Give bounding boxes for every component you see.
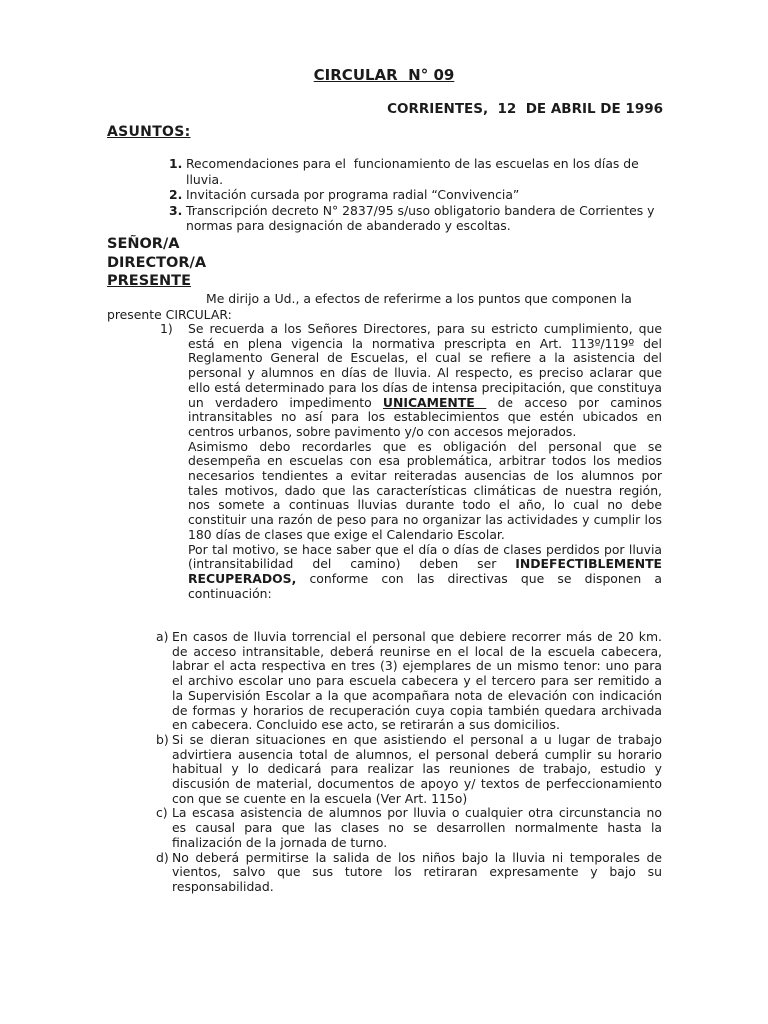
directive-label: d): [156, 851, 172, 895]
addressee-presente: PRESENTE: [107, 272, 206, 291]
subjects-list: 1.Recomendaciones para el funcionamiento…: [169, 156, 658, 234]
intro-paragraph: Me dirijo a Ud., a efectos de referirme …: [107, 291, 663, 322]
directive-text: No deberá permitirse la salida de los ni…: [172, 851, 662, 895]
document-page: CIRCULAR N° 09 CORRIENTES, 12 DE ABRIL D…: [0, 0, 768, 1024]
subject-item-1: 1.Recomendaciones para el funcionamiento…: [169, 156, 658, 187]
directive-item-a: a)En casos de lluvia torrencial el perso…: [156, 630, 662, 733]
subject-number: 2.: [169, 187, 186, 203]
subject-number: 3.: [169, 203, 186, 234]
directives-list: a)En casos de lluvia torrencial el perso…: [156, 630, 662, 895]
directive-label: c): [156, 806, 172, 850]
directive-text: Si se dieran situaciones en que asistien…: [172, 733, 662, 807]
subjects-heading: ASUNTOS:: [107, 124, 191, 140]
subject-item-3: 3.Transcripción decreto N° 2837/95 s/uso…: [169, 203, 658, 234]
point-1-body: Se recuerda a los Señores Directores, pa…: [188, 322, 662, 601]
document-title: CIRCULAR N° 09: [0, 66, 768, 84]
point-1-emphasis-unicamente: UNICAMENTE: [383, 395, 486, 410]
addressee-director: DIRECTOR/A: [107, 254, 206, 273]
subject-text: Invitación cursada por programa radial “…: [186, 187, 658, 203]
directive-text: La escasa asistencia de alumnos por lluv…: [172, 806, 662, 850]
directive-item-d: d)No deberá permitirse la salida de los …: [156, 851, 662, 895]
directive-label: a): [156, 630, 172, 733]
addressee-senor: SEÑOR/A: [107, 235, 206, 254]
directive-text: En casos de lluvia torrencial el persona…: [172, 630, 662, 733]
directive-item-c: c)La escasa asistencia de alumnos por ll…: [156, 806, 662, 850]
addressee-block: SEÑOR/A DIRECTOR/A PRESENTE: [107, 235, 206, 291]
point-1: 1)Se recuerda a los Señores Directores, …: [160, 322, 662, 601]
subject-item-2: 2.Invitación cursada por programa radial…: [169, 187, 658, 203]
subject-number: 1.: [169, 156, 186, 187]
directive-label: b): [156, 733, 172, 807]
point-1-segment-2: de acceso por caminos intransitables no …: [188, 395, 666, 572]
document-title-text: CIRCULAR N° 09: [314, 66, 455, 84]
date-line: CORRIENTES, 12 DE ABRIL DE 1996: [387, 101, 663, 117]
subject-text: Recomendaciones para el funcionamiento d…: [186, 156, 658, 187]
directive-item-b: b)Si se dieran situaciones en que asisti…: [156, 733, 662, 807]
point-1-label: 1): [160, 322, 188, 601]
subject-text: Transcripción decreto N° 2837/95 s/uso o…: [186, 203, 658, 234]
